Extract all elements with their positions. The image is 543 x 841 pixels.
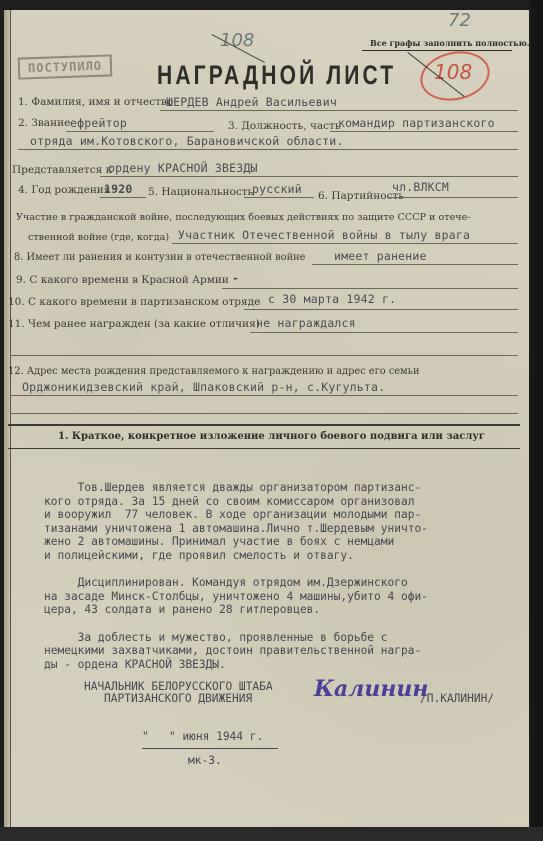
field-9-label: 9. С какого времени в Красной Армии <box>16 274 229 286</box>
presented-label: Представляется к <box>12 164 112 176</box>
field-11-line-cont <box>10 355 518 356</box>
field-6-value: чл.ВЛКСМ <box>392 180 449 194</box>
notice-underline <box>362 50 512 51</box>
field-5-value: русский <box>252 182 302 196</box>
body-line: и вооружил 77 человек. В ходе организаци… <box>44 508 428 522</box>
body-line: Тов.Шердев является дважды организатором… <box>44 481 428 495</box>
field-2-line <box>66 131 214 132</box>
body-line <box>44 617 428 631</box>
presented-line <box>100 176 518 177</box>
field-5-line <box>244 197 314 198</box>
field-7-label: Участие в гражданской войне, последующих… <box>16 212 471 223</box>
field-3-value: командир партизанского <box>338 116 495 130</box>
field-3-line <box>330 131 518 132</box>
field-7-value: Участник Отечественной войны в тылу враг… <box>178 228 470 242</box>
field-4-value: 1920 <box>104 182 133 196</box>
body-line: жено 2 автомашины. Принимал участие в бо… <box>44 535 428 549</box>
date-underline <box>142 748 278 749</box>
body-line: Дисциплинирован. Командуя отрядом им.Дзе… <box>44 576 428 590</box>
field-10-value: с 30 марта 1942 г. <box>268 292 396 306</box>
handwritten-signature: Калинин <box>314 676 428 702</box>
field-4-line <box>100 197 146 198</box>
field-2-value: ефрейтор <box>70 116 127 130</box>
field-10-label: 10. С какого времени в партизанском отря… <box>8 296 260 308</box>
body-line: на засаде Минск-Столбцы, уничтожено 4 ма… <box>44 590 428 604</box>
field-7-label-cont: ственной войне (где, когда) <box>28 232 169 243</box>
field-3-label: 3. Должность, часть <box>228 120 341 132</box>
fill-all-fields-notice: Все графы заполнить полностью. <box>370 38 530 48</box>
field-3-value-cont: отряда им.Котовского, Барановичской обла… <box>30 134 343 148</box>
field-8-line <box>312 264 518 265</box>
field-5-label: 5. Национальность <box>148 186 253 198</box>
body-line: За доблесть и мужество, проявленные в бо… <box>44 631 428 645</box>
merit-description: Тов.Шердев является дважды организатором… <box>44 481 428 671</box>
scan-border-right <box>531 0 543 841</box>
signatory-title-line-2: ПАРТИЗАНСКОГО ДВИЖЕНИЯ <box>104 692 252 706</box>
field-11-label: 11. Чем ранее награжден (за какие отличи… <box>8 318 260 330</box>
signature-date: " " июня 1944 г. <box>142 730 263 744</box>
presented-value: ордену КРАСНОЙ ЗВЕЗДЫ <box>108 161 258 175</box>
field-12-line <box>10 395 518 396</box>
received-stamp: ПОСТУПИЛО <box>18 54 113 79</box>
signatory-name: /П.КАЛИНИН/ <box>420 692 494 706</box>
scan-border-bottom <box>0 827 543 841</box>
field-8-value: имеет ранение <box>334 249 427 263</box>
field-1-value: ШЕРДЕВ Андрей Васильевич <box>166 95 337 109</box>
red-circled-number: 108 <box>434 60 472 84</box>
body-line: тизанами уничтожена 1 автомашина.Лично т… <box>44 522 428 536</box>
document-reference: мк-3. <box>188 754 222 768</box>
body-line: и полицейскими, где проявил смелость и о… <box>44 549 428 563</box>
section-divider-bottom <box>8 448 520 449</box>
document-title: НАГРАДНОЙ ЛИСТ <box>157 60 396 91</box>
section-divider-top <box>8 424 520 426</box>
field-7-line <box>172 243 518 244</box>
field-11-value: не награждался <box>256 316 356 330</box>
section-1-heading: 1. Краткое, конкретное изложение личного… <box>58 431 485 442</box>
field-2-label: 2. Звание <box>18 117 70 129</box>
field-9-value: - <box>232 271 239 285</box>
body-line: цера, 43 солдата и ранено 28 гитлеровцев… <box>44 603 428 617</box>
field-11-line <box>250 332 518 333</box>
body-line: ды - ордена КРАСНОЙ ЗВЕЗДЫ. <box>44 658 428 672</box>
field-1-line <box>160 110 518 111</box>
field-9-line <box>222 288 518 289</box>
field-12-line-cont <box>10 413 518 414</box>
body-line: кого отряда. За 15 дней со своим комисса… <box>44 495 428 509</box>
field-6-line <box>388 197 518 198</box>
field-3-line-cont <box>18 149 518 150</box>
pencil-archive-number: 72 <box>448 10 471 31</box>
field-10-line <box>244 309 518 310</box>
field-8-label: 8. Имеет ли ранения и контузии в отечест… <box>14 252 305 263</box>
field-1-label: 1. Фамилия, имя и отчество <box>18 96 173 108</box>
field-4-label: 4. Год рождения <box>18 184 110 196</box>
field-12-value: Орджоникидзевский край, Шпаковский р-н, … <box>22 380 385 394</box>
page-binding-edge <box>4 10 11 828</box>
body-line <box>44 563 428 577</box>
field-12-label: 12. Адрес места рождения представляемого… <box>8 366 420 377</box>
body-line: немецкими захватчиками, достоин правител… <box>44 644 428 658</box>
